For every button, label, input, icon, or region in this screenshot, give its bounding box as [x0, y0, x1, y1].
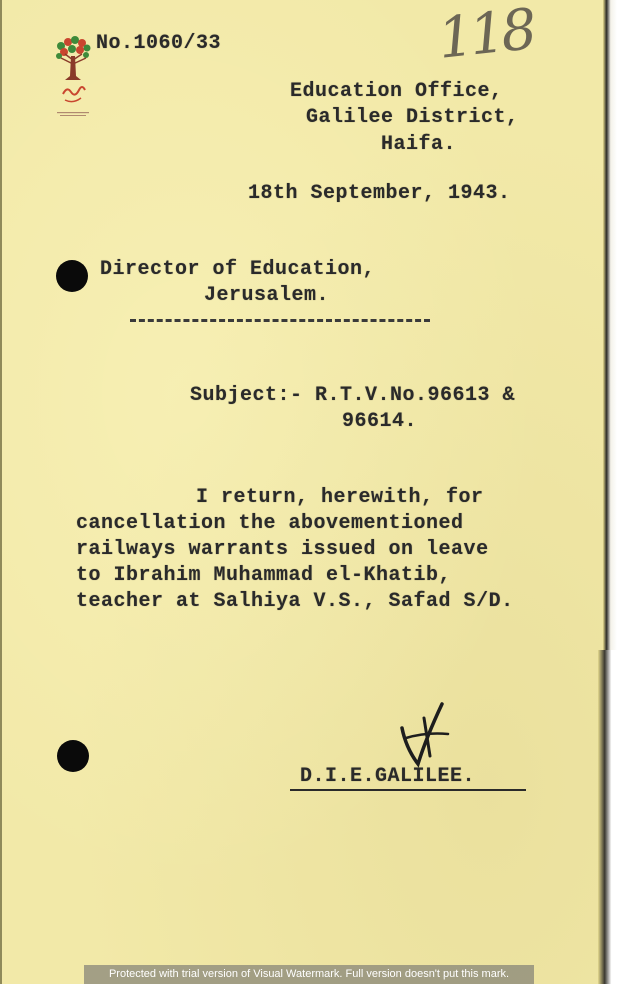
watermark-banner: Protected with trial version of Visual W… [84, 965, 534, 984]
page-edge-shadow-lower [598, 650, 617, 984]
subject-line-1: Subject:- R.T.V.No.96613 & [190, 384, 515, 407]
recipient-line-2: Jerusalem. [204, 284, 329, 307]
body-line: railways warrants issued on leave [76, 538, 489, 561]
body-line: to Ibrahim Muhammad el-Khatib, [76, 564, 451, 587]
sender-address-line-3: Haifa. [381, 133, 456, 156]
handwritten-annotation: 118 [435, 0, 536, 72]
body-line: teacher at Salhiya V.S., Safad S/D. [76, 590, 514, 613]
tree-logo-icon [55, 36, 91, 120]
signature-block: D.I.E.GALILEE. [300, 765, 475, 788]
sender-address-line-2: Galilee District, [306, 106, 519, 129]
subject-line-2: 96614. [342, 410, 417, 433]
punch-hole [57, 740, 89, 772]
reference-number: No.1060/33 [96, 32, 221, 55]
signature-underline [290, 789, 526, 791]
body-line: cancellation the abovementioned [76, 512, 464, 535]
body-line: I return, herewith, for [196, 486, 484, 509]
sender-address-line-1: Education Office, [290, 80, 503, 103]
signature-mark-icon [396, 698, 456, 770]
letter-date: 18th September, 1943. [248, 182, 511, 205]
dashed-divider [130, 319, 430, 322]
punch-hole [56, 260, 88, 292]
recipient-line-1: Director of Education, [100, 258, 375, 281]
